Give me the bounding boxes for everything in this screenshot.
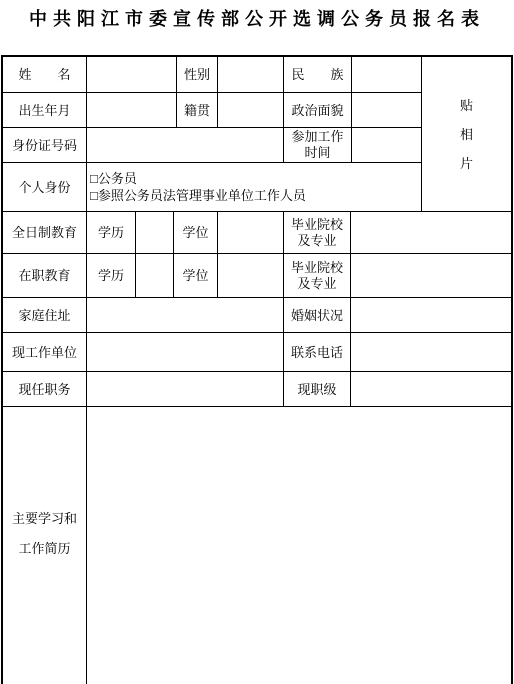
row-current-employer: 现工作单位 联系电话 [3,333,511,372]
gender-label: 性别 [177,57,218,93]
inservice-degree-label: 学位 [174,254,218,298]
contact-phone-value-cell[interactable] [351,333,511,372]
home-address-value-cell[interactable] [87,298,284,333]
row-name-gender-ethnicity: 姓 名 性别 民 族 [3,57,422,93]
row-fulltime-education: 全日制教育 学历 学位 毕业院校 及专业 [3,212,511,254]
top-section: 姓 名 性别 民 族 出生年月 籍贯 政治面貌 身份证号码 [3,57,511,212]
photo-text-line2: 相 [460,120,473,149]
current-employer-value-cell[interactable] [87,333,284,372]
fulltime-degree-value-cell[interactable] [218,212,284,254]
political-status-value-cell[interactable] [352,93,422,128]
row-personal-identity: 个人身份 □公务员 □参照公务员法管理事业单位工作人员 [3,163,422,212]
name-label: 姓 名 [3,57,87,93]
resume-label-line1: 主要学习和 [12,504,77,534]
work-start-time-label-line2: 时间 [304,145,330,161]
home-address-label: 家庭住址 [3,298,87,333]
fulltime-qualification-value-cell[interactable] [136,212,174,254]
inservice-school-major-label-line1: 毕业院校 [291,260,343,276]
work-start-time-label: 参加工作 时间 [284,128,352,163]
ethnicity-label: 民 族 [284,57,352,93]
resume-value-cell[interactable] [87,407,511,684]
current-position-label: 现任职务 [3,372,87,407]
photo-paste-area: 贴 相 片 [422,57,511,212]
inservice-school-major-value-cell[interactable] [351,254,511,298]
current-rank-value-cell[interactable] [351,372,511,407]
work-start-time-value-cell[interactable] [352,128,422,163]
contact-phone-label: 联系电话 [284,333,351,372]
inservice-qualification-label: 学历 [87,254,136,298]
gender-value-cell[interactable] [218,57,284,93]
fulltime-education-label: 全日制教育 [3,212,87,254]
inservice-school-major-label-line2: 及专业 [297,276,336,292]
current-position-value-cell[interactable] [87,372,284,407]
personal-identity-options-cell: □公务员 □参照公务员法管理事业单位工作人员 [87,163,422,212]
birth-date-label: 出生年月 [3,93,87,128]
marital-status-value-cell[interactable] [351,298,511,333]
identity-option-civil-servant[interactable]: □公务员 [90,170,137,188]
fulltime-school-major-value-cell[interactable] [351,212,511,254]
form-title: 中共阳江市委宣传部公开选调公务员报名表 [0,5,514,31]
fulltime-school-major-label-line1: 毕业院校 [291,217,343,233]
form-table: 姓 名 性别 民 族 出生年月 籍贯 政治面貌 身份证号码 [1,55,513,684]
fulltime-qualification-label: 学历 [87,212,136,254]
row-resume: 主要学习和 工作简历 [3,407,511,684]
current-employer-label: 现工作单位 [3,333,87,372]
resume-label-line2: 工作简历 [18,534,70,564]
name-value-cell[interactable] [87,57,177,93]
resume-label: 主要学习和 工作简历 [3,407,87,684]
id-number-value-cell[interactable] [87,128,284,163]
birth-date-value-cell[interactable] [87,93,177,128]
row-current-position: 现任职务 现职级 [3,372,511,407]
work-start-time-label-line1: 参加工作 [291,129,343,145]
application-form-document: 中共阳江市委宣传部公开选调公务员报名表 姓 名 性别 民 族 出生年月 籍贯 [0,0,514,684]
inservice-qualification-value-cell[interactable] [136,254,174,298]
political-status-label: 政治面貌 [284,93,352,128]
inservice-degree-value-cell[interactable] [218,254,284,298]
fulltime-school-major-label: 毕业院校 及专业 [284,212,351,254]
personal-identity-label: 个人身份 [3,163,87,212]
photo-text-line3: 片 [460,149,473,178]
photo-text-line1: 贴 [460,91,473,120]
ethnicity-value-cell[interactable] [352,57,422,93]
fulltime-degree-label: 学位 [174,212,218,254]
id-number-label: 身份证号码 [3,128,87,163]
native-place-value-cell[interactable] [218,93,284,128]
native-place-label: 籍贯 [177,93,218,128]
row-id-workstart: 身份证号码 参加工作 时间 [3,128,422,163]
top-left-grid: 姓 名 性别 民 族 出生年月 籍贯 政治面貌 身份证号码 [3,57,422,212]
inservice-school-major-label: 毕业院校 及专业 [284,254,351,298]
fulltime-school-major-label-line2: 及专业 [297,233,336,249]
identity-option-reference-managed-staff[interactable]: □参照公务员法管理事业单位工作人员 [90,187,306,205]
row-inservice-education: 在职教育 学历 学位 毕业院校 及专业 [3,254,511,298]
row-birth-native-political: 出生年月 籍贯 政治面貌 [3,93,422,128]
marital-status-label: 婚姻状况 [284,298,351,333]
inservice-education-label: 在职教育 [3,254,87,298]
row-home-address: 家庭住址 婚姻状况 [3,298,511,333]
current-rank-label: 现职级 [284,372,351,407]
